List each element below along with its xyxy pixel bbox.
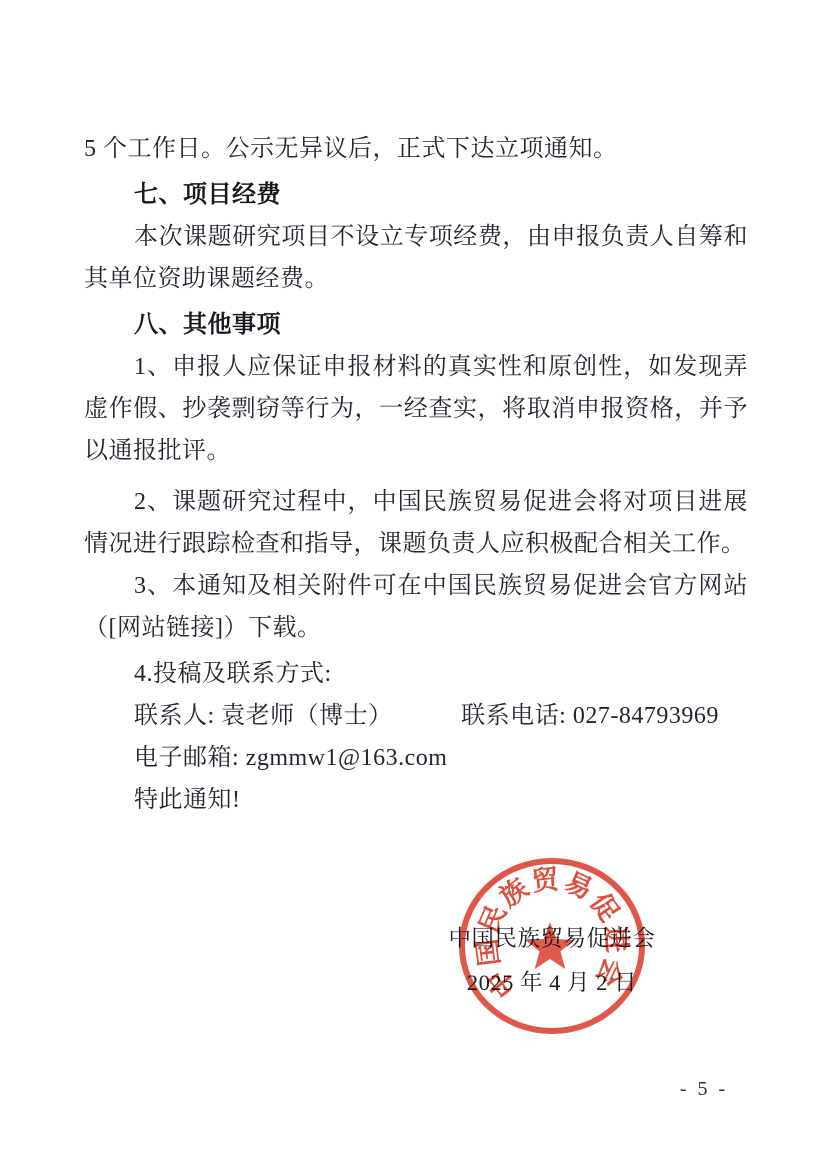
section-heading-7: 七、项目经费 [84,174,748,216]
svg-text:进: 进 [600,924,632,953]
page-number: - 5 - [656,1078,752,1101]
contact-phone: 联系电话: 027-84793969 [461,703,719,729]
svg-text:会: 会 [590,953,629,990]
section-8-item-3: 3、本通知及相关附件可在中国民族贸易促进会官方网站（[网站链接]）下载。 [84,565,748,649]
svg-text:国: 国 [472,937,505,968]
contact-person: 联系人: 袁老师（博士） [134,703,393,729]
section-8-item-1: 1、申报人应保证申报材料的真实性和原创性，如发现弄虚作假、抄袭剽窃等行为，一经查… [84,346,748,472]
contact-email: 电子邮箱: zgmmw1@163.com [84,737,748,779]
section-8-item-4: 4.投稿及联系方式: [84,653,748,695]
document-page: 5 个工作日。公示无异议后，正式下达立项通知。 七、项目经费 本次课题研究项目不… [0,0,827,1169]
contact-row: 联系人: 袁老师（博士） 联系电话: 027-84793969 [84,695,748,737]
svg-text:促: 促 [584,888,624,927]
document-body: 5 个工作日。公示无异议后，正式下达立项通知。 七、项目经费 本次课题研究项目不… [84,128,748,821]
svg-text:贸: 贸 [530,864,561,897]
section-8-item-2: 2、课题研究过程中，中国民族贸易促进会将对项目进展情况进行跟踪检查和指导，课题负… [84,481,748,565]
official-seal-graphic: 中国民族贸易促进会 [454,848,650,1044]
section-7-body: 本次课题研究项目不设立专项经费，由申报负责人自筹和其单位资助课题经费。 [84,216,748,300]
official-seal: 中国民族贸易促进会 [454,848,650,1044]
svg-text:中: 中 [481,964,521,1004]
seal-star-icon [525,922,574,969]
closing-line: 特此通知! [84,779,748,821]
section-heading-8: 八、其他事项 [84,304,748,346]
paragraph-intro-continuation: 5 个工作日。公示无异议后，正式下达立项通知。 [84,128,748,170]
